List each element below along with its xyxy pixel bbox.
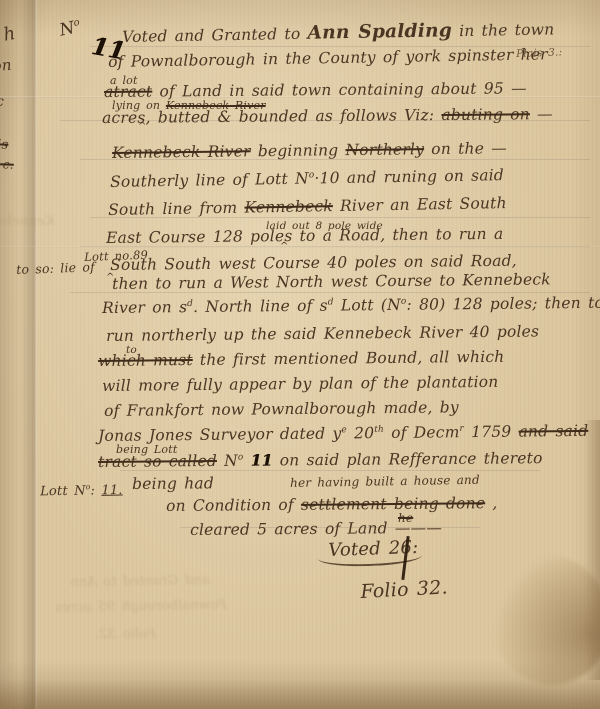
torn-bottom-edge (0, 679, 600, 709)
text-segment: , (485, 494, 497, 512)
text-segment: N (217, 452, 238, 470)
body-line: acres, butted & bounded as follows Viz: … (102, 106, 553, 127)
text-segment: run northerly up the said Kennebeck Rive… (106, 322, 539, 345)
bleed-through-text: and Granted to Ann (70, 574, 210, 591)
text-segment: on the — (424, 139, 507, 158)
text-segment: Voted and Granted to (122, 25, 308, 46)
text-segment: Lott N (40, 484, 86, 500)
caret-mark: ^ (138, 121, 147, 132)
paper-shadow: and Granted to AnnPownalborough 95 acres… (0, 0, 600, 709)
text-segment: Lott (N (334, 296, 401, 315)
record-number-label: No (58, 18, 83, 41)
text-segment: River on s (102, 298, 187, 317)
bleed-through-text: Folio 32. (95, 628, 156, 642)
text-segment: of Frankfort now Pownalborough made, by (104, 398, 459, 420)
text-segment: 11 (251, 450, 273, 469)
text-segment: : (90, 483, 101, 498)
text-segment: Northerly (345, 140, 424, 159)
text-segment: fiis (0, 137, 9, 153)
text-segment: 20 (347, 424, 374, 442)
text-segment: — (530, 105, 553, 123)
body-line: will more fully appear by plan of the pl… (102, 374, 499, 395)
text-segment: Folio 32. (95, 627, 156, 642)
text-segment: ·10 and runing on said (314, 166, 504, 187)
body-line: then to run a West North west Course to … (112, 271, 551, 293)
grant-line: Voted and Granted to Ann Spalding in the… (122, 19, 554, 47)
text-segment: ^ (280, 241, 289, 252)
text-segment: which must (98, 351, 193, 370)
document-scan: and Granted to AnnPownalborough 95 acres… (0, 0, 600, 709)
folio-label: Folio 32. (360, 577, 448, 602)
text-segment: the first mentioned Bound, all which (193, 348, 505, 369)
text-segment: of Pownalborough in the County of york s… (108, 45, 548, 71)
text-segment: her having built a house and (290, 473, 480, 490)
body-line: Jonas Jones Surveyor dated ye 20th of De… (98, 423, 588, 445)
text-segment: he (398, 511, 413, 525)
body-line: run northerly up the said Kennebeck Rive… (106, 323, 539, 345)
text-segment: t c. (0, 157, 14, 172)
strike-he: he (398, 512, 413, 525)
text-segment: settlement being done (301, 494, 485, 514)
text-segment: beginning (251, 141, 346, 160)
paper-crease (0, 246, 600, 248)
edge-fragment: on (0, 57, 12, 75)
left-fold-edge (0, 0, 37, 709)
body-line: Southerly line of Lott No·10 and runing … (110, 167, 504, 191)
body-line: River on sd. North line of sd Lott (No: … (102, 295, 600, 317)
text-segment: of Land in said town containing about 95… (152, 79, 527, 100)
edge-fragment: fiis (0, 138, 9, 153)
text-segment: th (374, 425, 384, 435)
text-segment: South line from (108, 199, 245, 219)
body-line: East Course 128 poles to a Road, then to… (106, 226, 503, 247)
manuscript-page: and Granted to AnnPownalborough 95 acres… (0, 0, 600, 709)
text-segment: being had (132, 474, 214, 493)
text-segment: River an East South (333, 194, 507, 215)
text-segment: to so: lie of (16, 259, 95, 277)
text-segment: . North line of s (193, 297, 328, 316)
text-segment: abuting on (441, 105, 530, 124)
text-segment: 1759 (464, 423, 519, 442)
body-line: which must the first mentioned Bound, al… (98, 349, 504, 370)
body-line: tract so called No 11 on said plan Reffe… (98, 449, 543, 471)
text-segment: Lott no.89 (84, 248, 148, 264)
body-line: being had (132, 475, 214, 493)
text-segment: Ann Spalding (307, 20, 452, 44)
text-segment: on said plan Refferance thereto (272, 449, 542, 469)
text-segment: then to run a West North west Course to … (112, 270, 551, 293)
edge-fragment: c (0, 95, 4, 110)
text-segment: o (73, 17, 81, 29)
body-line: on Condition of settlement being done , (166, 495, 498, 515)
text-segment: Kennebeck (244, 197, 333, 217)
text-segment: Jonas Jones Surveyor dated y (98, 424, 342, 445)
margin-note-lott-89: Lott no.89 (84, 249, 148, 264)
caret-mark: ^ (280, 241, 289, 252)
text-segment: Southerly line of Lott N (110, 170, 309, 191)
text-segment: East Course 128 poles to a Road, then to… (106, 225, 503, 247)
text-segment: and said (518, 422, 588, 441)
text-segment: Folio 32. (360, 576, 448, 603)
text-segment: on Condition of (166, 496, 301, 515)
text-segment: acres, butted & bounded as follows Viz: (102, 106, 442, 127)
text-segment: Kennebeck River (112, 142, 251, 162)
bleed-through-text: Pownalborough 95 acres (55, 599, 227, 616)
edge-fragment: t c. (0, 158, 14, 172)
margin-note-so-line: to so: lie of (16, 260, 95, 276)
text-segment: and Granted to Ann (70, 573, 210, 590)
text-segment: Pownalborough 95 acres (55, 598, 227, 616)
text-segment: tract so called (98, 452, 217, 471)
text-segment: ^ (138, 121, 147, 132)
bleed-through-text: Kennebeck (0, 215, 54, 229)
body-line: of Pownalborough in the County of york s… (108, 46, 548, 71)
text-segment: on (0, 56, 12, 75)
text-segment: 11. (101, 483, 123, 498)
text-segment: will more fully appear by plan of the pl… (102, 373, 499, 395)
text-segment: : 80) 128 poles; then to (406, 294, 600, 314)
text-segment: c (0, 94, 4, 110)
body-line: of Frankfort now Pownalborough made, by (104, 399, 459, 420)
margin-note-lott-11: Lott No: 11. (40, 483, 123, 500)
curled-corner (476, 542, 600, 697)
text-segment: Kennebeck (0, 214, 54, 229)
text-segment: of Decm (384, 423, 460, 442)
body-line: South line from Kennebeck River an East … (108, 195, 507, 219)
insert-her-having: her having built a house and (290, 474, 480, 490)
text-segment: in the town (452, 20, 555, 40)
